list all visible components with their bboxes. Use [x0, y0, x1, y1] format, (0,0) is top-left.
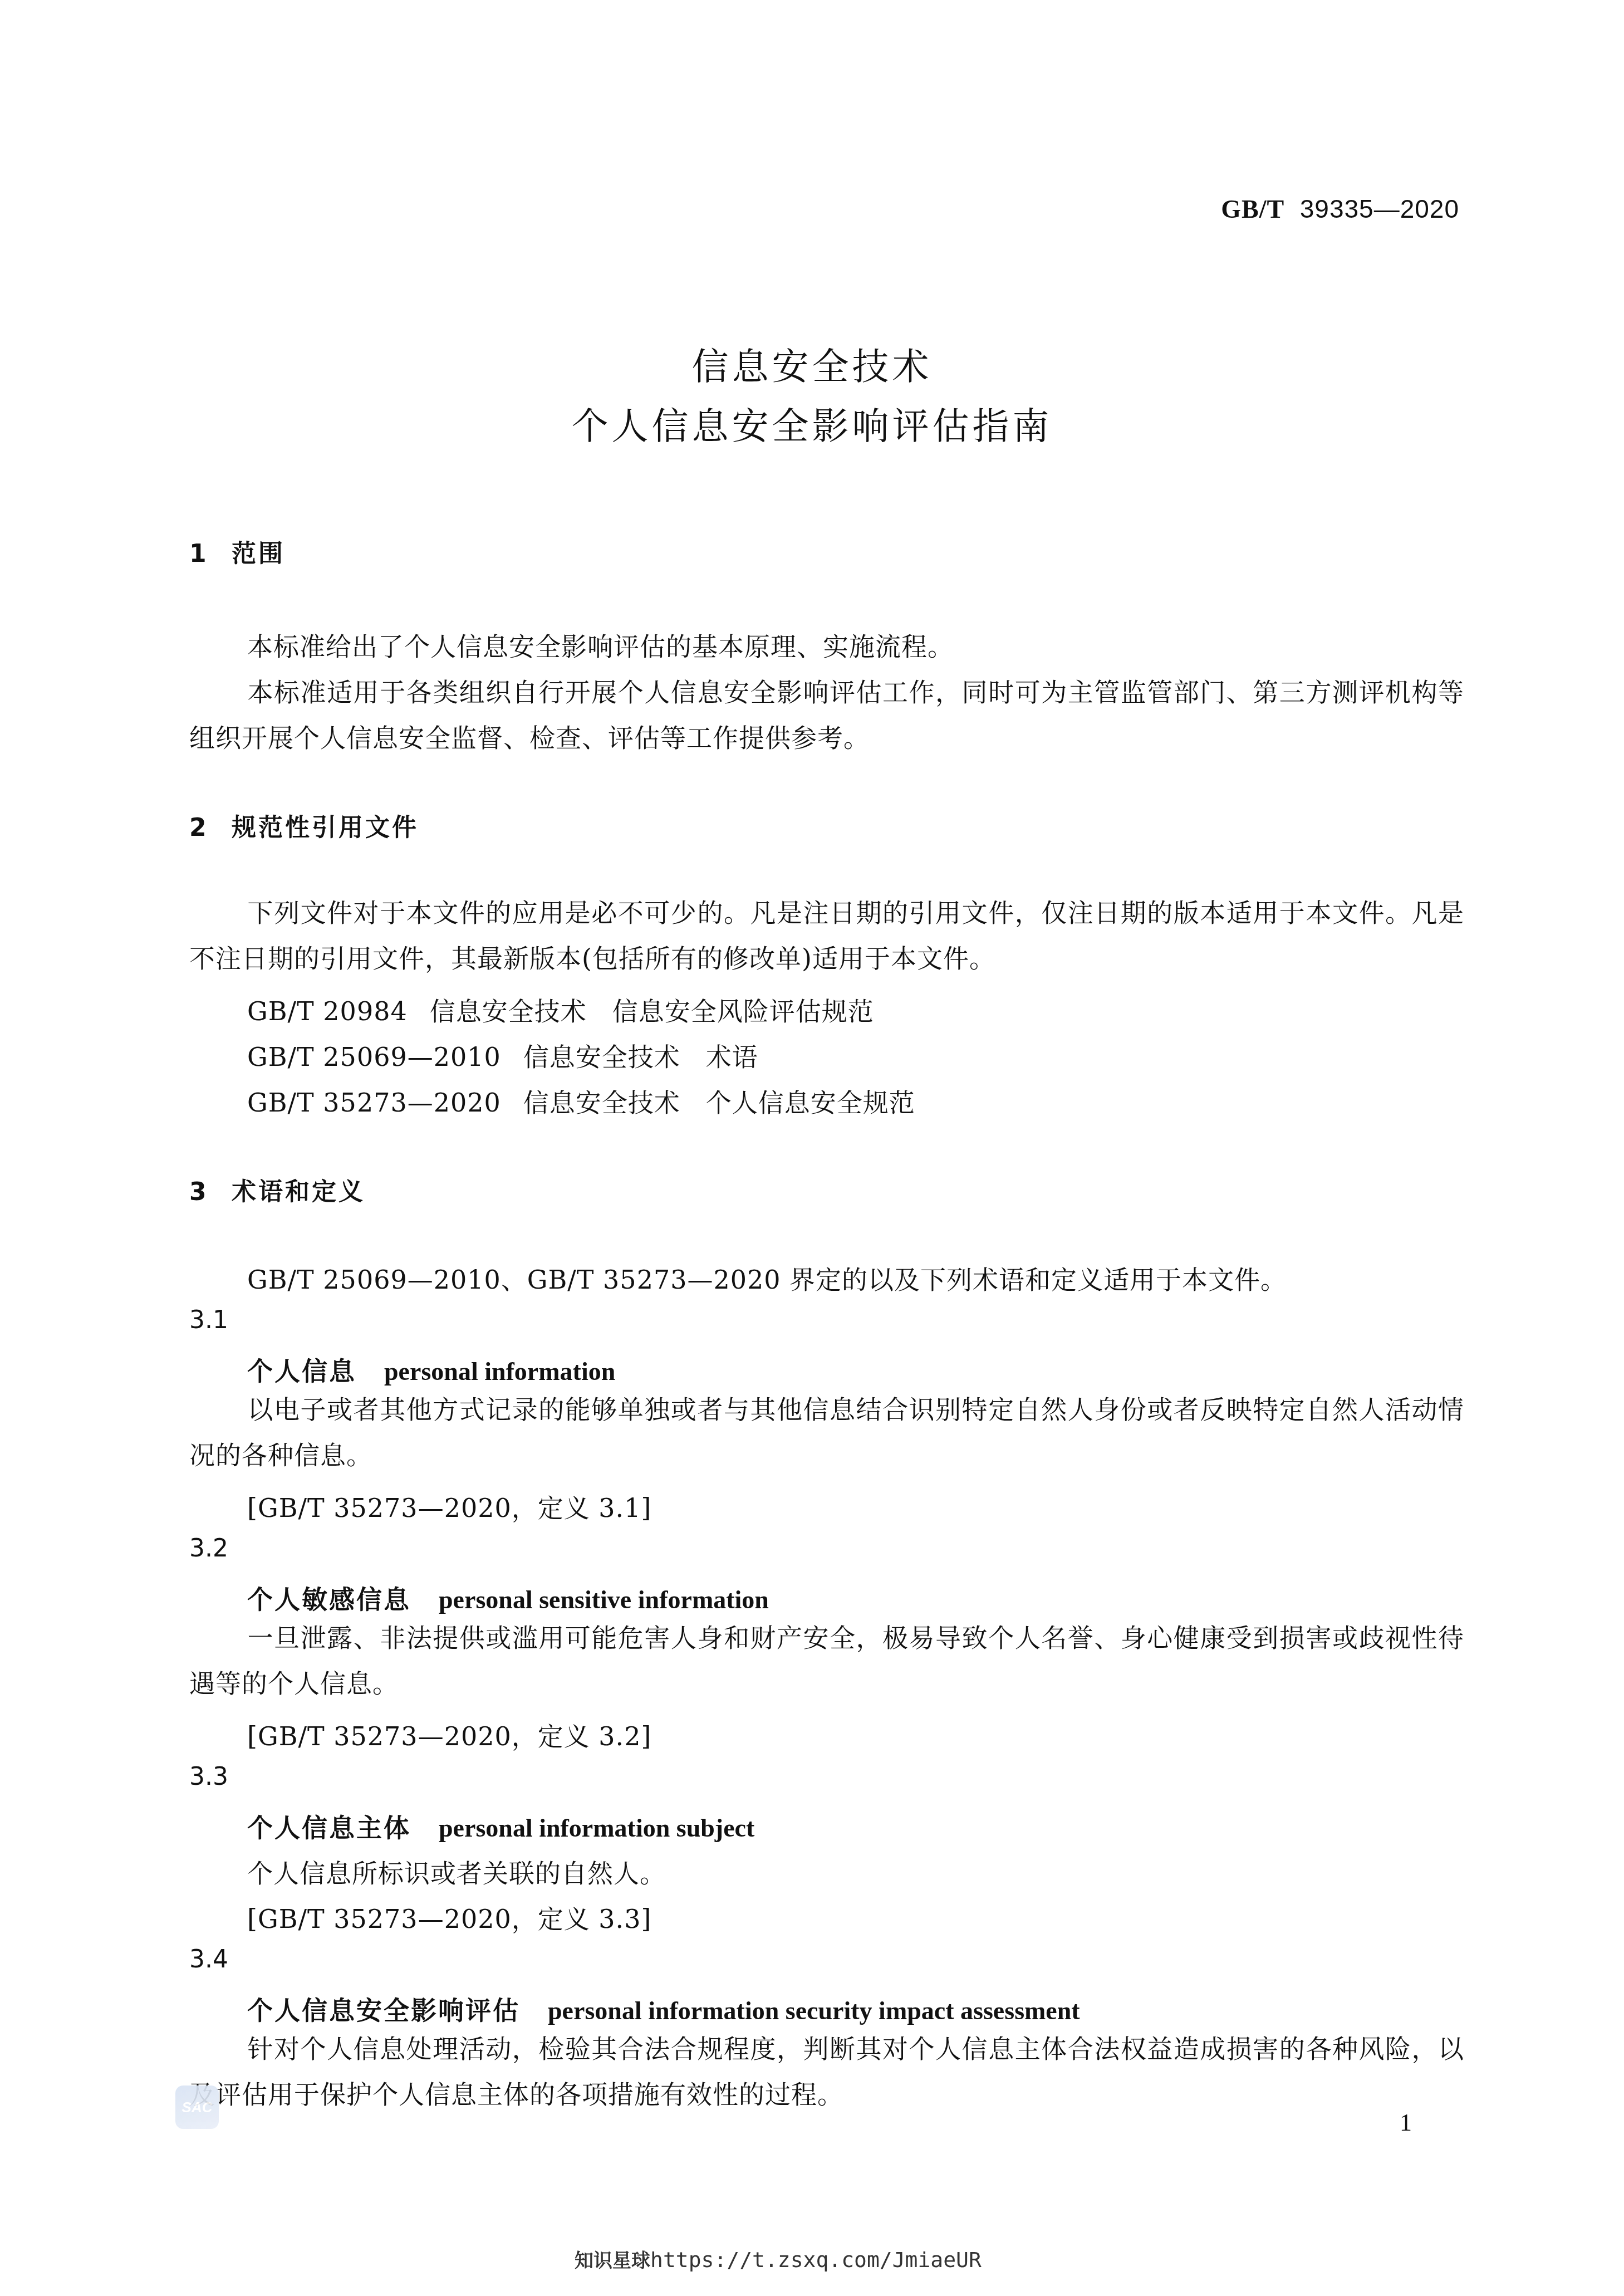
page-number: 1 — [1400, 2108, 1412, 2137]
standard-code: GB/T 39335—2020 — [1221, 194, 1459, 224]
section-title: 规范性引用文件 — [232, 814, 419, 842]
section-title: 范围 — [232, 540, 285, 568]
term-heading: 个人敏感信息personal sensitive information — [247, 1579, 769, 1616]
document-title-line2: 个人信息安全影响评估指南 — [0, 396, 1624, 449]
term-definition: 个人信息所标识或者关联的自然人。 — [247, 1853, 666, 1890]
reference-item: GB/T 20984信息安全技术信息安全风险评估规范 — [247, 991, 874, 1028]
section-number: 3 — [189, 1178, 232, 1206]
term-definition: 一旦泄露、非法提供或滥用可能危害人身和财产安全，极易导致个人名誉、身心健康受到损… — [189, 1615, 1464, 1706]
terms-intro: GB/T 25069—2010、GB/T 35273—2020 界定的以及下列术… — [247, 1260, 1287, 1296]
document-title-line1: 信息安全技术 — [0, 337, 1624, 390]
watermark-label: 知识星球 — [575, 2250, 650, 2272]
term-heading: 个人信息personal information — [247, 1351, 615, 1388]
clause-number: 3.3 — [189, 1763, 228, 1791]
paragraph: 本标准适用于各类组织自行开展个人信息安全影响评估工作，同时可为主管监管部门、第三… — [189, 669, 1464, 761]
term-source: [GB/T 35273—2020，定义 3.3] — [247, 1899, 651, 1936]
term-definition: 以电子或者其他方式记录的能够单独或者与其他信息结合识别特定自然人身份或者反映特定… — [189, 1387, 1464, 1478]
watermark: 知识星球https://t.zsxq.com/JmiaeUR — [575, 2245, 982, 2273]
section-number: 2 — [189, 814, 232, 842]
clause-number: 3.2 — [189, 1534, 228, 1563]
term-heading: 个人信息主体personal information subject — [247, 1808, 754, 1844]
clause-number: 3.4 — [189, 1945, 228, 1974]
term-heading: 个人信息安全影响评估personal information security … — [247, 1990, 1080, 2027]
term-source: [GB/T 35273—2020，定义 3.1] — [247, 1488, 651, 1525]
term-source: [GB/T 35273—2020，定义 3.2] — [247, 1716, 651, 1753]
paragraph: 本标准给出了个人信息安全影响评估的基本原理、实施流程。 — [189, 624, 1464, 669]
watermark-url: https://t.zsxq.com/JmiaeUR — [650, 2248, 982, 2272]
standard-prefix: GB/T — [1221, 195, 1284, 223]
section-heading-scope: 1范围 — [189, 533, 285, 569]
clause-number: 3.1 — [189, 1306, 228, 1334]
section-heading-terms-definitions: 3术语和定义 — [189, 1172, 365, 1207]
standard-number: 39335—2020 — [1300, 194, 1459, 223]
sac-logo: SAC — [175, 2086, 219, 2129]
section-title: 术语和定义 — [232, 1178, 365, 1206]
paragraph: 下列文件对于本文件的应用是必不可少的。凡是注日期的引用文件，仅注日期的版本适用于… — [189, 890, 1464, 981]
section-heading-normative-references: 2规范性引用文件 — [189, 807, 419, 843]
reference-item: GB/T 35273—2020信息安全技术个人信息安全规范 — [247, 1083, 915, 1119]
term-definition: 针对个人信息处理活动，检验其合法合规程度，判断其对个人信息主体合法权益造成损害的… — [189, 2026, 1464, 2117]
reference-item: GB/T 25069—2010信息安全技术术语 — [247, 1037, 758, 1074]
section-number: 1 — [189, 540, 232, 568]
